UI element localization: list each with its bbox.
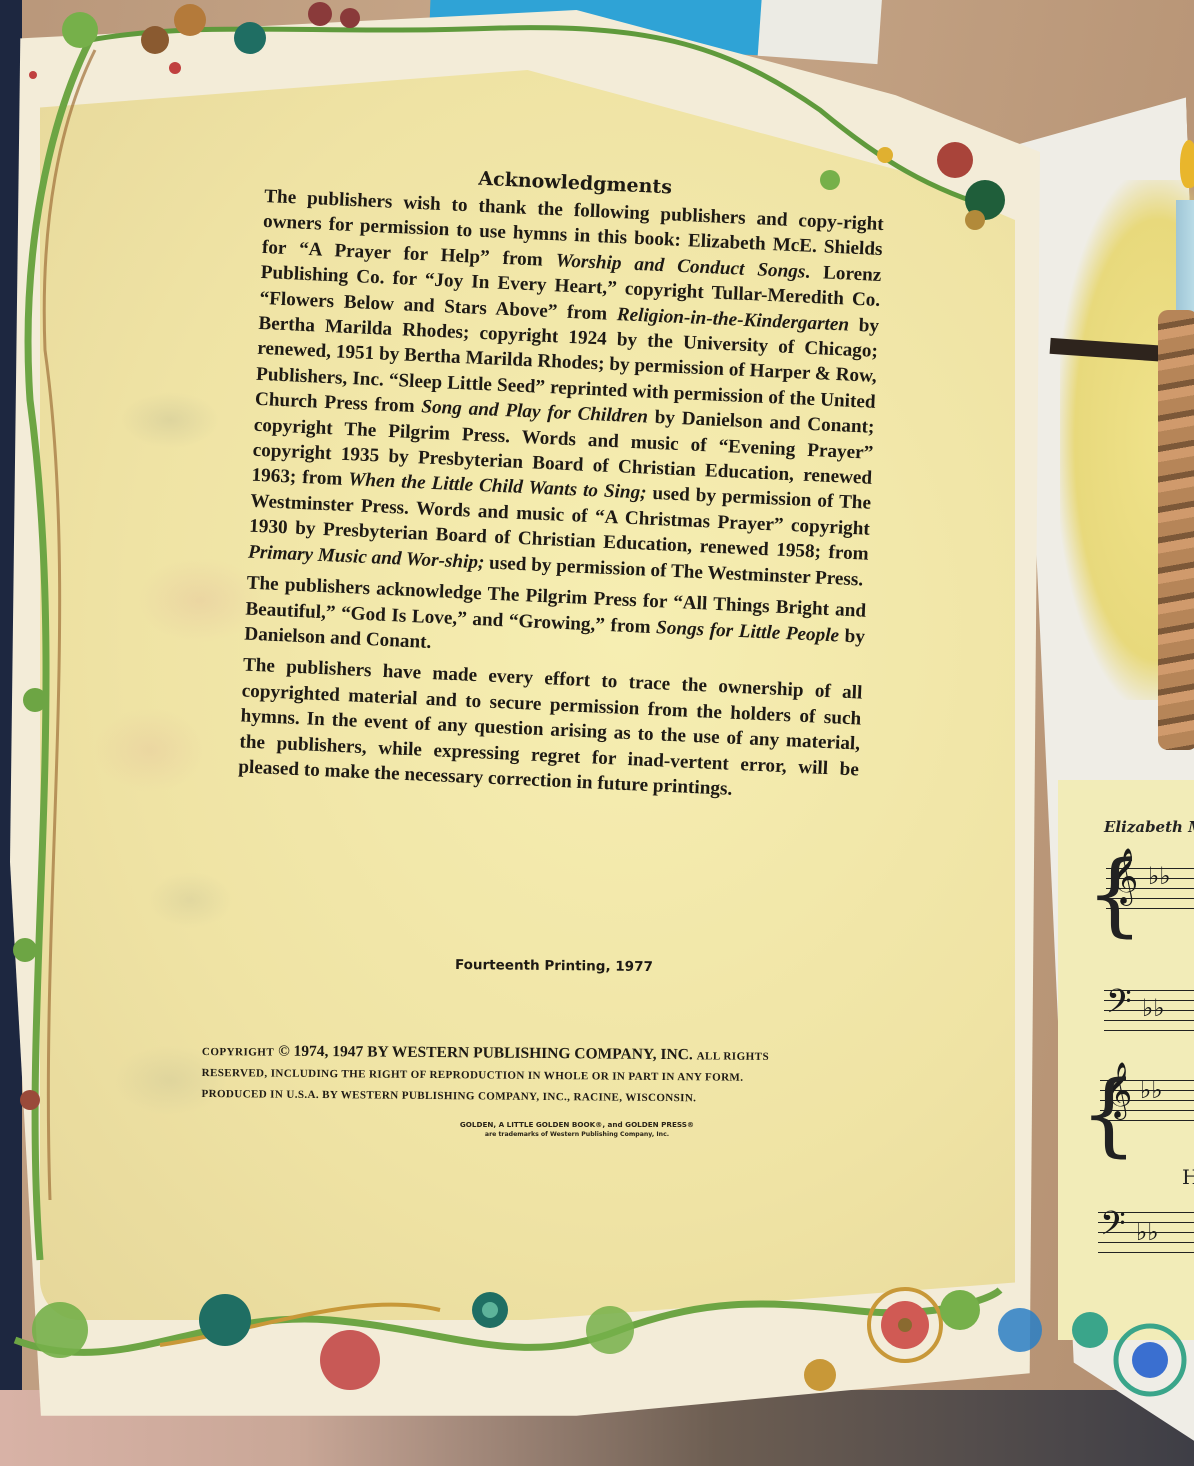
trademark-notice: GOLDEN, A LITTLE GOLDEN BOOK®, and GOLDE… [432, 1120, 722, 1139]
acknowledgments-section: Acknowledgments The publishers wish to t… [237, 158, 885, 814]
acknowledgment-paragraph-3: The publishers have made every effort to… [238, 653, 863, 808]
trademark-line-1: GOLDEN, A LITTLE GOLDEN BOOK®, and GOLDE… [432, 1120, 722, 1130]
printing-notice: Fourteenth Printing, 1977 [455, 957, 653, 975]
copyright-notice: COPYRIGHT © 1974, 1947 BY WESTERN PUBLIS… [201, 1040, 912, 1111]
acknowledgment-paragraph-1: The publishers wish to thank the followi… [248, 184, 885, 593]
trademark-line-2: are trademarks of Western Publishing Com… [432, 1130, 722, 1139]
